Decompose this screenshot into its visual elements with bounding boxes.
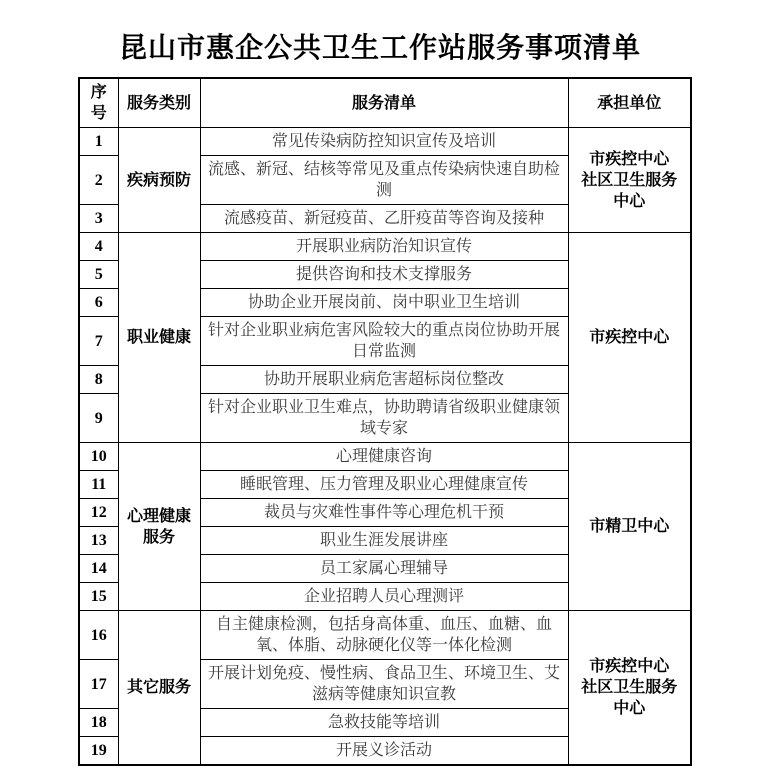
service-item-cell: 常见传染病防控知识宣传及培训 bbox=[200, 128, 568, 156]
row-serial-number: 7 bbox=[79, 317, 118, 366]
service-item-cell: 针对企业职业卫生难点，协助聘请省级职业健康领域专家 bbox=[200, 394, 568, 443]
service-item-cell: 协助企业开展岗前、岗中职业卫生培训 bbox=[200, 289, 568, 317]
unit-cell: 市疾控中心 bbox=[568, 233, 691, 443]
service-item-cell: 企业招聘人员心理测评 bbox=[200, 583, 568, 611]
service-item-cell: 职业生涯发展讲座 bbox=[200, 527, 568, 555]
row-serial-number: 14 bbox=[79, 555, 118, 583]
unit-name: 市疾控中心 bbox=[575, 149, 685, 170]
service-item-cell: 心理健康咨询 bbox=[200, 443, 568, 471]
category-cell: 疾病预防 bbox=[118, 128, 200, 233]
row-serial-number: 19 bbox=[79, 737, 118, 766]
unit-name: 市疾控中心 bbox=[575, 327, 685, 348]
row-serial-number: 5 bbox=[79, 261, 118, 289]
row-serial-number: 15 bbox=[79, 583, 118, 611]
row-serial-number: 8 bbox=[79, 366, 118, 394]
service-item-cell: 开展计划免疫、慢性病、食品卫生、环境卫生、艾滋病等健康知识宣教 bbox=[200, 660, 568, 709]
page-title: 昆山市惠企公共卫生工作站服务事项清单 bbox=[0, 26, 760, 66]
service-item-cell: 睡眠管理、压力管理及职业心理健康宣传 bbox=[200, 471, 568, 499]
row-serial-number: 12 bbox=[79, 499, 118, 527]
header-service-list: 服务清单 bbox=[200, 78, 568, 128]
service-item-cell: 急救技能等培训 bbox=[200, 709, 568, 737]
table-row: 1疾病预防常见传染病防控知识宣传及培训市疾控中心社区卫生服务中心 bbox=[79, 128, 691, 156]
category-cell: 心理健康服务 bbox=[118, 443, 200, 611]
unit-name: 市精卫中心 bbox=[575, 516, 685, 537]
row-serial-number: 18 bbox=[79, 709, 118, 737]
service-item-cell: 针对企业职业病危害风险较大的重点岗位协助开展日常监测 bbox=[200, 317, 568, 366]
service-item-cell: 裁员与灾难性事件等心理危机干预 bbox=[200, 499, 568, 527]
table-header-row: 序号 服务类别 服务清单 承担单位 bbox=[79, 78, 691, 128]
row-serial-number: 10 bbox=[79, 443, 118, 471]
row-serial-number: 3 bbox=[79, 205, 118, 233]
row-serial-number: 16 bbox=[79, 611, 118, 660]
table-row: 16其它服务自主健康检测，包括身高体重、血压、血糖、血氧、体脂、动脉硬化仪等一体… bbox=[79, 611, 691, 660]
row-serial-number: 11 bbox=[79, 471, 118, 499]
service-item-cell: 协助开展职业病危害超标岗位整改 bbox=[200, 366, 568, 394]
service-item-cell: 开展职业病防治知识宣传 bbox=[200, 233, 568, 261]
unit-cell: 市精卫中心 bbox=[568, 443, 691, 611]
row-serial-number: 9 bbox=[79, 394, 118, 443]
row-serial-number: 4 bbox=[79, 233, 118, 261]
table-row: 4职业健康开展职业病防治知识宣传市疾控中心 bbox=[79, 233, 691, 261]
header-serial-number: 序号 bbox=[79, 78, 118, 128]
service-item-cell: 自主健康检测，包括身高体重、血压、血糖、血氧、体脂、动脉硬化仪等一体化检测 bbox=[200, 611, 568, 660]
row-serial-number: 2 bbox=[79, 156, 118, 205]
unit-cell: 市疾控中心社区卫生服务中心 bbox=[568, 611, 691, 766]
unit-name: 社区卫生服务中心 bbox=[575, 677, 685, 719]
service-items-table: 序号 服务类别 服务清单 承担单位 1疾病预防常见传染病防控知识宣传及培训市疾控… bbox=[78, 77, 692, 766]
service-item-cell: 流感疫苗、新冠疫苗、乙肝疫苗等咨询及接种 bbox=[200, 205, 568, 233]
row-serial-number: 17 bbox=[79, 660, 118, 709]
table-row: 10心理健康服务心理健康咨询市精卫中心 bbox=[79, 443, 691, 471]
service-item-cell: 流感、新冠、结核等常见及重点传染病快速自助检测 bbox=[200, 156, 568, 205]
unit-name: 社区卫生服务中心 bbox=[575, 170, 685, 212]
document-page: 昆山市惠企公共卫生工作站服务事项清单 序号 服务类别 服务清单 承担单位 1疾病… bbox=[0, 0, 760, 780]
row-serial-number: 1 bbox=[79, 128, 118, 156]
header-responsible-unit: 承担单位 bbox=[568, 78, 691, 128]
service-item-cell: 员工家属心理辅导 bbox=[200, 555, 568, 583]
row-serial-number: 13 bbox=[79, 527, 118, 555]
service-item-cell: 提供咨询和技术支撑服务 bbox=[200, 261, 568, 289]
unit-cell: 市疾控中心社区卫生服务中心 bbox=[568, 128, 691, 233]
table-body: 1疾病预防常见传染病防控知识宣传及培训市疾控中心社区卫生服务中心2流感、新冠、结… bbox=[79, 128, 691, 766]
unit-name: 市疾控中心 bbox=[575, 656, 685, 677]
category-cell: 其它服务 bbox=[118, 611, 200, 766]
category-cell: 职业健康 bbox=[118, 233, 200, 443]
header-service-category: 服务类别 bbox=[118, 78, 200, 128]
service-item-cell: 开展义诊活动 bbox=[200, 737, 568, 766]
row-serial-number: 6 bbox=[79, 289, 118, 317]
